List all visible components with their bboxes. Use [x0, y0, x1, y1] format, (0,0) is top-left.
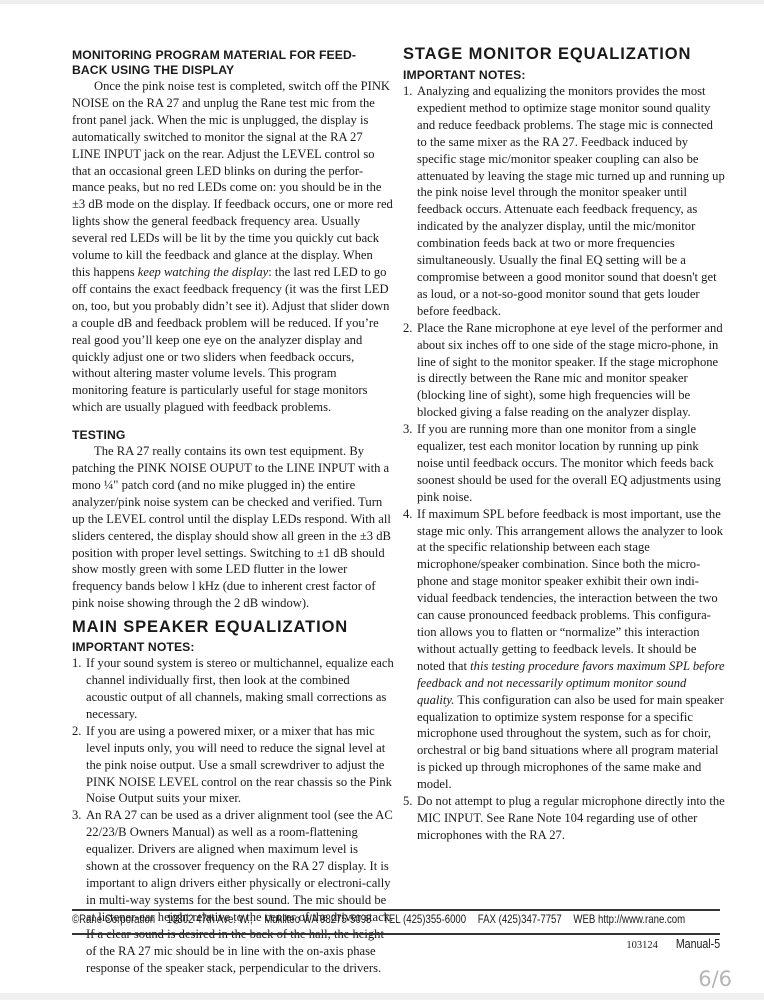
- monitoring-heading: MONITORING PROGRAM MATERIAL FOR FEED- BA…: [72, 48, 394, 78]
- footer-address: 10802 47th Ave. W.,: [167, 913, 253, 927]
- note-number: 1.: [403, 83, 415, 320]
- footer-tel: TEL (425)355-6000: [383, 913, 466, 927]
- note-item: 3. An RA 27 can be used as a driver alig…: [72, 807, 394, 976]
- monitoring-heading-line2: BACK USING THE DISPLAY: [72, 63, 234, 77]
- note-text: Do not attempt to plug a regular microph…: [415, 793, 725, 844]
- stage-monitor-notes: 1. Analyzing and equalizing the monitors…: [403, 83, 725, 844]
- monitoring-text-2: : the last red LED to go off contains th…: [72, 265, 389, 414]
- note-item: 1. If your sound system is stereo or mul…: [72, 655, 394, 723]
- note-text: If you are running more than one monitor…: [415, 421, 725, 506]
- stage-monitor-section: STAGE MONITOR EQUALIZATION IMPORTANT NOT…: [403, 45, 725, 844]
- document-id: 103124Manual-5: [626, 937, 720, 951]
- testing-paragraph: The RA 27 really contains its own test e…: [72, 443, 394, 612]
- note-item: 2. Place the Rane microphone at eye leve…: [403, 320, 725, 421]
- note-item: 3. If you are running more than one moni…: [403, 421, 725, 506]
- right-column: STAGE MONITOR EQUALIZATION IMPORTANT NOT…: [403, 45, 725, 844]
- note-number: 3.: [403, 421, 415, 506]
- note-number: 2.: [403, 320, 415, 421]
- monitoring-text-1: Once the pink noise test is completed, s…: [72, 79, 393, 279]
- note-text: Place the Rane microphone at eye level o…: [415, 320, 725, 421]
- note-item: 5. Do not attempt to plug a regular micr…: [403, 793, 725, 844]
- note-number: 2.: [72, 723, 84, 808]
- doc-code: 103124: [626, 940, 658, 951]
- monitoring-heading-line1: MONITORING PROGRAM MATERIAL FOR FEED-: [72, 48, 356, 62]
- left-column: MONITORING PROGRAM MATERIAL FOR FEED- BA…: [72, 48, 394, 976]
- footer-contact-line: ©Rane Corporation 10802 47th Ave. W., Mu…: [72, 913, 610, 927]
- note-number: 1.: [72, 655, 84, 723]
- note-text: Analyzing and equalizing the monitors pr…: [415, 83, 725, 320]
- note-number: 3.: [72, 807, 84, 976]
- monitoring-paragraph: Once the pink noise test is completed, s…: [72, 78, 394, 416]
- note-item: 2. If you are using a powered mixer, or …: [72, 723, 394, 808]
- footer-copyright: ©Rane Corporation: [72, 913, 155, 927]
- note-text-part2: This configuration can also be used for …: [417, 693, 724, 792]
- main-speaker-notes: 1. If your sound system is stereo or mul…: [72, 655, 394, 976]
- note-text-part1: If maximum SPL before feedback is most i…: [417, 507, 723, 673]
- note-text: If your sound system is stereo or multic…: [84, 655, 394, 723]
- footer-web[interactable]: WEB http://www.rane.com: [573, 913, 685, 927]
- note-text: If maximum SPL before feedback is most i…: [415, 506, 725, 793]
- monitoring-emphasis: keep watching the display: [138, 265, 268, 279]
- stage-monitor-subheading: IMPORTANT NOTES:: [403, 68, 725, 83]
- main-speaker-heading: MAIN SPEAKER EQUALIZATION: [72, 618, 394, 637]
- note-number: 5.: [403, 793, 415, 844]
- footer-city: Mukilteo WA 98275-5098: [264, 913, 371, 927]
- monitoring-section: MONITORING PROGRAM MATERIAL FOR FEED- BA…: [72, 48, 394, 416]
- note-number: 4.: [403, 506, 415, 793]
- note-item: 4. If maximum SPL before feedback is mos…: [403, 506, 725, 793]
- stage-monitor-heading: STAGE MONITOR EQUALIZATION: [403, 45, 725, 64]
- footer-rule-bottom: [72, 933, 720, 935]
- main-speaker-subheading: IMPORTANT NOTES:: [72, 640, 394, 655]
- testing-section: TESTING The RA 27 really contains its ow…: [72, 428, 394, 612]
- note-text: If you are using a powered mixer, or a m…: [84, 723, 394, 808]
- document-page: MONITORING PROGRAM MATERIAL FOR FEED- BA…: [0, 4, 764, 993]
- viewer-bottom-edge: [0, 993, 764, 1000]
- footer-rule-top: [72, 909, 720, 911]
- manual-page-label: Manual-5: [676, 937, 720, 951]
- footer-fax: FAX (425)347-7757: [478, 913, 562, 927]
- note-item: 1. Analyzing and equalizing the monitors…: [403, 83, 725, 320]
- note-text: An RA 27 can be used as a driver alignme…: [84, 807, 394, 976]
- testing-heading: TESTING: [72, 428, 394, 443]
- page-indicator: 6/6: [698, 967, 732, 991]
